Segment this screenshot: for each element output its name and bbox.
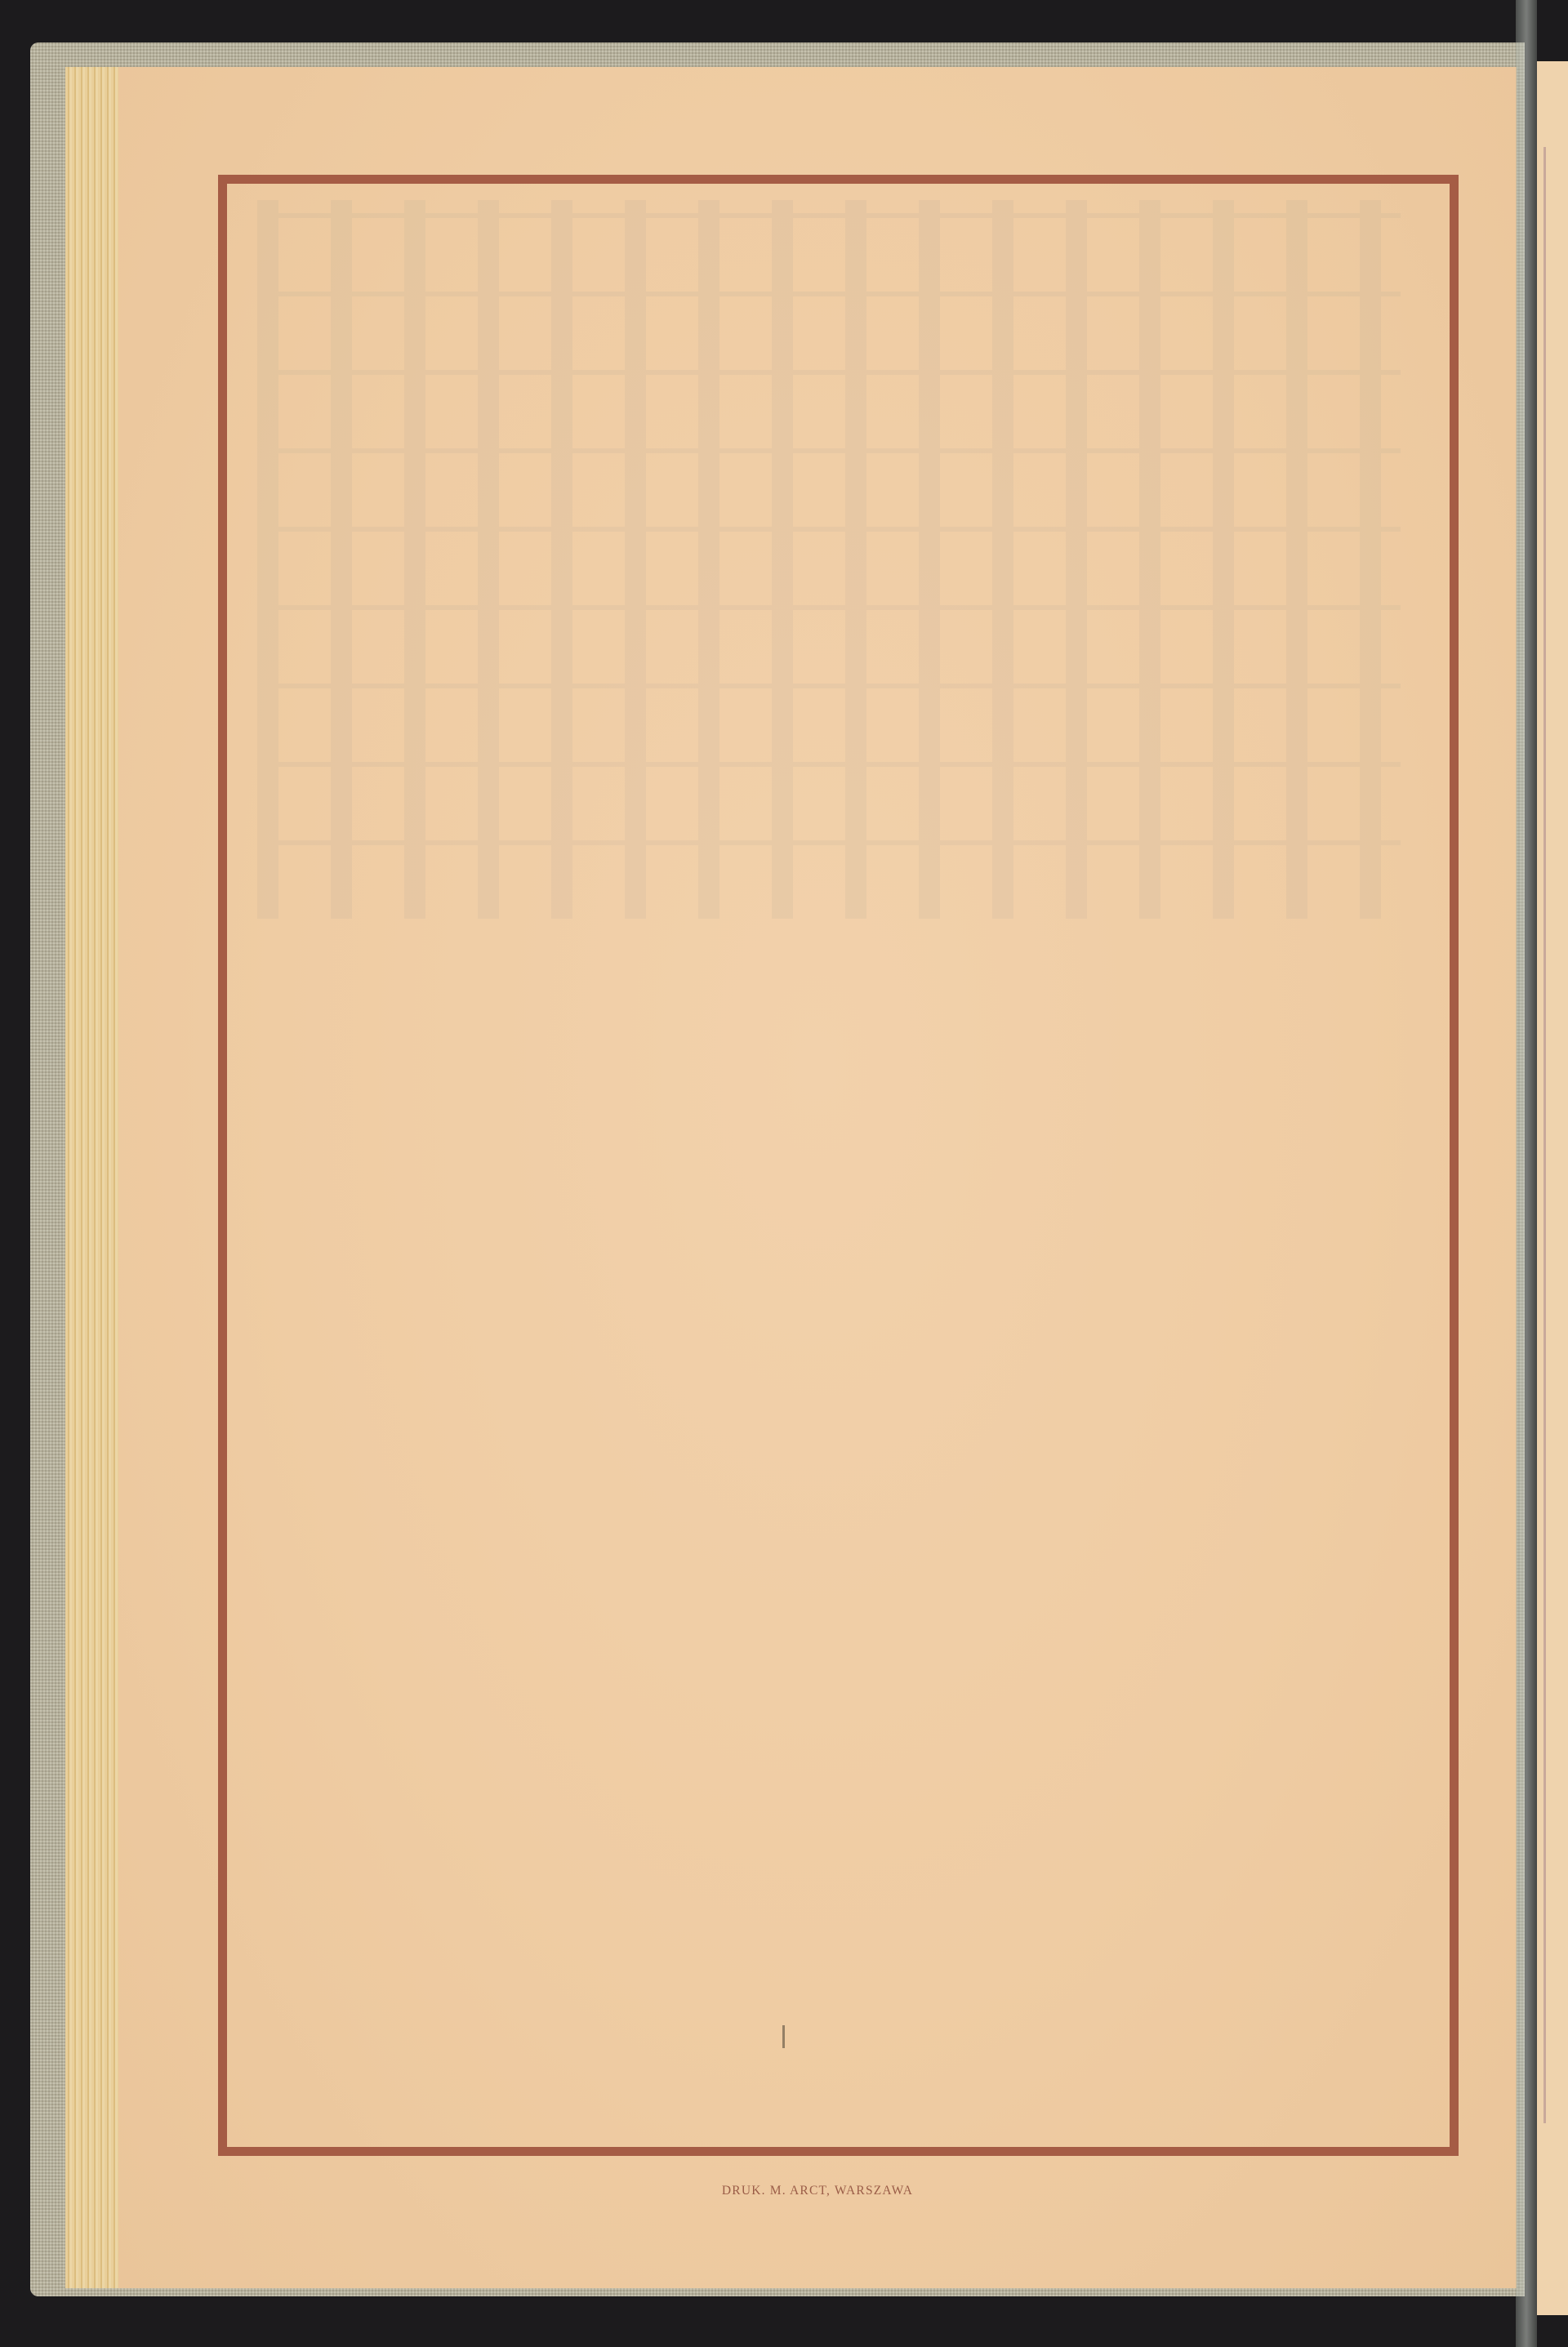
imprint-area: DRUK. M. ARCT, WARSZAWA [118,0,1517,2347]
page-edge-stack [65,67,121,2288]
adjacent-page-frame [1543,147,1568,2123]
printer-imprint: DRUK. M. ARCT, WARSZAWA [118,2184,1517,2198]
scan-glass-divider [1516,0,1537,2347]
